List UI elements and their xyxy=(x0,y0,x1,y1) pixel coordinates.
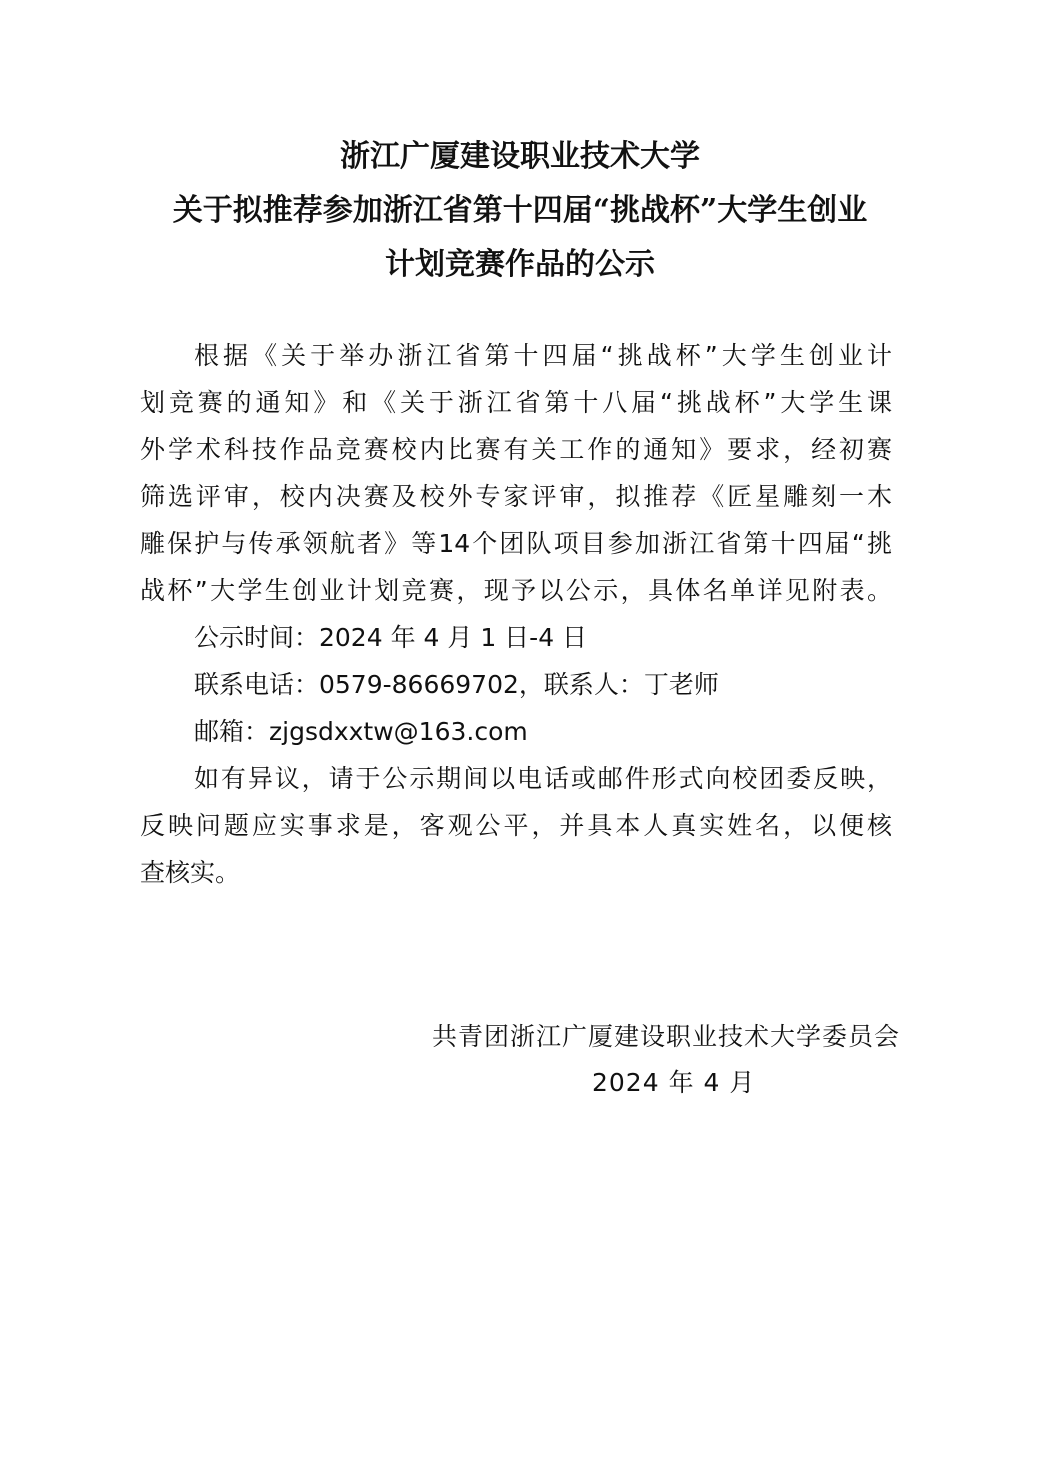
contact-email: 邮箱：zjgsdxxtw@163.com xyxy=(140,708,892,755)
publicity-period: 公示时间：2024 年 4 月 1 日-4 日 xyxy=(140,614,892,661)
signature-date: 2024 年 4 月 xyxy=(592,1060,755,1106)
document-body: 根据《关于举办浙江省第十四届“挑战杯”大学生创业计 划竞赛的通知》和《关于浙江省… xyxy=(140,332,900,896)
title-line-3: 计划竞赛作品的公示 xyxy=(0,238,1040,292)
document-title: 浙江广厦建设职业技术大学 关于拟推荐参加浙江省第十四届“挑战杯”大学生创业 计划… xyxy=(0,130,1040,292)
title-line-2: 关于拟推荐参加浙江省第十四届“挑战杯”大学生创业 xyxy=(0,184,1040,238)
document-page: 浙江广厦建设职业技术大学 关于拟推荐参加浙江省第十四届“挑战杯”大学生创业 计划… xyxy=(0,0,1040,1470)
paragraph-1-line: 雕保护与传承领航者》等14个团队项目参加浙江省第十四届“挑 xyxy=(140,520,892,567)
paragraph-1-line: 划竞赛的通知》和《关于浙江省第十八届“挑战杯”大学生课 xyxy=(140,379,892,426)
signature-block: 共青团浙江广厦建设职业技术大学委员会 2024 年 4 月 xyxy=(380,1014,900,1060)
paragraph-2-line: 查核实。 xyxy=(140,849,892,896)
paragraph-2-line: 如有异议，请于公示期间以电话或邮件形式向校团委反映， xyxy=(140,755,892,802)
paragraph-2-line: 反映问题应实事求是，客观公平，并具本人真实姓名，以便核 xyxy=(140,802,892,849)
contact-phone: 联系电话：0579-86669702，联系人：丁老师 xyxy=(140,661,892,708)
paragraph-1-line: 战杯”大学生创业计划竞赛，现予以公示，具体名单详见附表。 xyxy=(140,567,892,614)
paragraph-1-line: 外学术科技作品竞赛校内比赛有关工作的通知》要求，经初赛 xyxy=(140,426,892,473)
signature-organization: 共青团浙江广厦建设职业技术大学委员会 xyxy=(380,1014,900,1060)
paragraph-1-line: 筛选评审，校内决赛及校外专家评审，拟推荐《匠星雕刻一木 xyxy=(140,473,892,520)
paragraph-1-line: 根据《关于举办浙江省第十四届“挑战杯”大学生创业计 xyxy=(140,332,892,379)
title-line-1: 浙江广厦建设职业技术大学 xyxy=(0,130,1040,184)
